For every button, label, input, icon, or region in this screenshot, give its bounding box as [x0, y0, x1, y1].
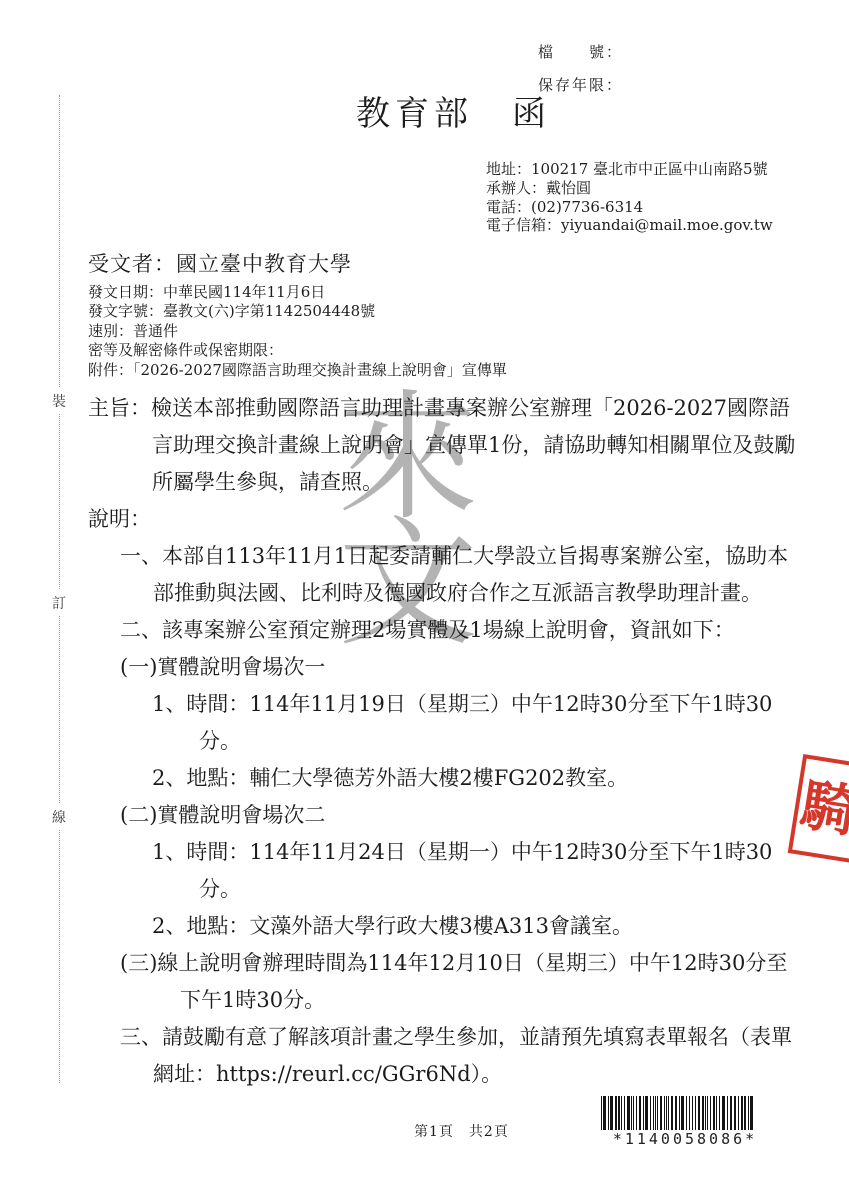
dispatch-number: 發文字號：臺教文(六)字第1142504448號	[88, 302, 507, 321]
explanation-item: 一、本部自113年11月1日起委請輔仁大學設立旨揭專案辦公室，協助本部推動與法國…	[120, 538, 796, 612]
explanation-item: 2、地點：文藻外語大學行政大樓3樓A313會議室。	[152, 908, 796, 945]
explanation-item: (三)線上說明會辦理時間為114年12月10日（星期三）中午12時30分至下午1…	[120, 945, 796, 1019]
dispatch-date: 發文日期：中華民國114年11月6日	[88, 283, 507, 302]
file-number-label: 檔 號：	[538, 36, 623, 69]
explanation-item: 二、該專案辦公室預定辦理2場實體及1場線上說明會，資訊如下：	[120, 612, 796, 649]
attachment-line: 附件：「2026-2027國際語言助理交換計畫線上說明會」宣傳單	[88, 361, 507, 380]
barcode-text: *1140058086*	[597, 1130, 773, 1148]
explanation-item: 1、時間：114年11月24日（星期一）中午12時30分至下午1時30分。	[152, 834, 796, 908]
binding-dotted-line	[59, 95, 60, 1083]
explanation-list: 一、本部自113年11月1日起委請輔仁大學設立旨揭專案辦公室，協助本部推動與法國…	[88, 538, 796, 1093]
explanation-item: (一)實體說明會場次一	[120, 649, 796, 686]
sender-email: 電子信箱：yiyuandai@mail.moe.gov.tw	[486, 216, 773, 235]
explanation-label: 說明：	[88, 501, 796, 538]
recipient-line: 受文者：國立臺中教育大學	[88, 248, 352, 278]
binding-mark-ding: 訂	[52, 590, 66, 616]
document-page: 裝 訂 線 來 文 檔 號： 保存年限： 教育部 函 地址：100217 臺北市…	[0, 0, 849, 1200]
barcode	[601, 1096, 769, 1130]
letter-body: 主旨：檢送本部推動國際語言助理計畫專案辦公室辦理「2026-2027國際語言助理…	[88, 390, 796, 1093]
explanation-item: 1、時間：114年11月19日（星期三）中午12時30分至下午1時30分。	[152, 686, 796, 760]
seam-stamp: 騎	[788, 754, 849, 866]
subject-paragraph: 主旨：檢送本部推動國際語言助理計畫專案辦公室辦理「2026-2027國際語言助理…	[88, 390, 796, 501]
sender-contact-person: 承辦人：戴怡圓	[486, 179, 773, 198]
seam-stamp-character: 騎	[797, 777, 849, 841]
explanation-item: (二)實體說明會場次二	[120, 797, 796, 834]
sender-phone: 電話：(02)7736-6314	[486, 198, 773, 217]
sender-address: 地址：100217 臺北市中正區中山南路5號	[486, 160, 773, 179]
speed-class: 速別：普通件	[88, 322, 507, 341]
explanation-item: 三、請鼓勵有意了解該項計畫之學生參加，並請預先填寫表單報名（表單網址：https…	[120, 1019, 796, 1093]
binding-mark-zhuang: 裝	[52, 388, 66, 414]
page-number-indicator: 第1頁 共2頁	[414, 1121, 509, 1141]
security-class: 密等及解密條件或保密期限：	[88, 341, 507, 360]
document-title: 教育部 函	[356, 86, 551, 135]
dispatch-meta-block: 發文日期：中華民國114年11月6日 發文字號：臺教文(六)字第11425044…	[88, 283, 507, 380]
sender-contact-block: 地址：100217 臺北市中正區中山南路5號 承辦人：戴怡圓 電話：(02)77…	[486, 160, 773, 235]
binding-mark-xian: 線	[52, 804, 66, 830]
explanation-item: 2、地點：輔仁大學德芳外語大樓2樓FG202教室。	[152, 760, 796, 797]
